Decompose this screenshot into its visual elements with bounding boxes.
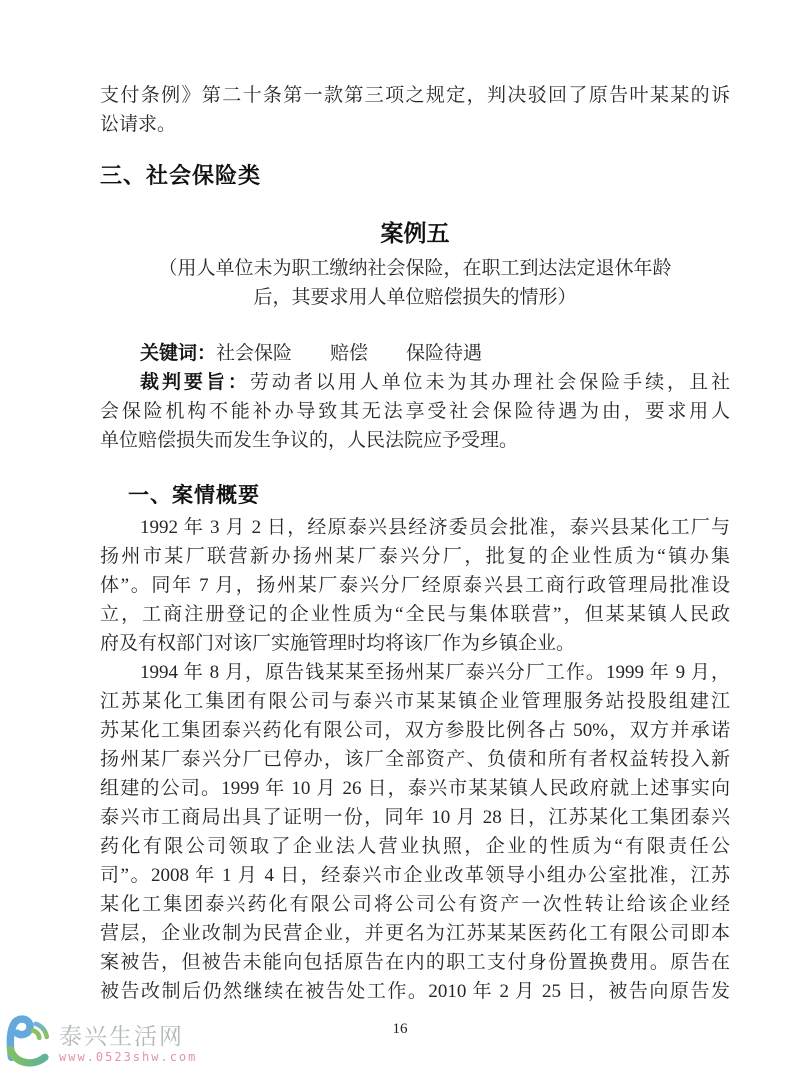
text-line: 江苏某化工集团有限公司与泰兴市某某镇企业管理服务站投股组建江 (100, 687, 730, 716)
text-line: 泰兴市工商局出具了证明一份，同年 10 月 28 日，江苏某化工集团泰兴 (100, 803, 730, 832)
text-line: 组建的公司。1999 年 10 月 26 日，泰兴市某某镇人民政府就上述事实向 (100, 774, 730, 803)
text-line: 营层，企业改制为民营企业，并更名为江苏某某医药化工有限公司即本 (100, 919, 730, 948)
text-line: 府及有权部门对该厂实施管理时均将该厂作为乡镇企业。 (100, 629, 730, 658)
facts-paragraph-2: 1994 年 8 月，原告钱某某至扬州某厂泰兴分厂工作。1999 年 9 月， … (100, 658, 730, 1006)
keywords-and-holding: 关键词：社会保险 赔偿 保险待遇 裁判要旨：劳动者以用人单位未为其办理社会保险手… (100, 339, 730, 455)
text-line: 苏某化工集团泰兴药化有限公司，双方参股比例各占 50%，双方并承诺 (100, 716, 730, 745)
text-line: 后，其要求用人单位赔偿损失的情形） (100, 283, 730, 312)
text-line: 扬州市某厂联营新办扬州某厂泰兴分厂，批复的企业性质为“镇办集 (100, 542, 730, 571)
text-line: 体”。同年 7 月，扬州某厂泰兴分厂经原泰兴县工商行政管理局批准设 (100, 571, 730, 600)
facts-heading: 一、案情概要 (100, 481, 730, 511)
text-line: 司”。2008 年 1 月 4 日，经泰兴市企业改革领导小组办公室批准，江苏 (100, 861, 730, 890)
text-line: 扬州某厂泰兴分厂已停办，该厂全部资产、负债和所有者权益转投入新 (100, 745, 730, 774)
keywords-value: 社会保险 赔偿 保险待遇 (216, 343, 482, 364)
text-line: 立，工商注册登记的企业性质为“全民与集体联营”，但某某镇人民政 (100, 600, 730, 629)
keywords-line: 关键词：社会保险 赔偿 保险待遇 (100, 339, 730, 368)
holding-line: 裁判要旨：劳动者以用人单位未为其办理社会保险手续，且社 (100, 368, 730, 397)
text-line: 被告改制后仍然继续在被告处工作。2010 年 2 月 25 日，被告向原告发 (100, 977, 730, 1006)
continuation-paragraph: 支付条例》第二十条第一款第三项之规定，判决驳回了原告叶某某的诉 讼请求。 (100, 81, 730, 139)
text-line: 支付条例》第二十条第一款第三项之规定，判决驳回了原告叶某某的诉 (100, 81, 730, 110)
facts-paragraph-1: 1992 年 3 月 2 日，经原泰兴县经济委员会批准，泰兴县某化工厂与 扬州市… (100, 513, 730, 658)
text-line: 药化有限公司领取了企业法人营业执照，企业的性质为“有限责任公 (100, 832, 730, 861)
text-line: 会保险机构不能补办导致其无法享受社会保险待遇为由，要求用人 (100, 397, 730, 426)
site-name: 泰兴生活网 (59, 1025, 197, 1048)
text-line: 讼请求。 (100, 110, 730, 139)
text-line: 案被告，但被告未能向包括原告在内的职工支付身份置换费用。原告在 (100, 948, 730, 977)
document-page: 支付条例》第二十条第一款第三项之规定，判决驳回了原告叶某某的诉 讼请求。 三、社… (0, 0, 800, 1077)
keywords-label: 关键词： (140, 343, 216, 364)
case-title: 案例五 (100, 218, 730, 249)
watermark-text: 泰兴生活网 www.0523shw.com (59, 1025, 197, 1063)
site-url: www.0523shw.com (59, 1051, 197, 1063)
case-subtitle: （用人单位未为职工缴纳社会保险，在职工到达法定退休年龄 后，其要求用人单位赔偿损… (100, 254, 730, 312)
holding-label: 裁判要旨： (140, 372, 250, 393)
text-line: 1994 年 8 月，原告钱某某至扬州某厂泰兴分厂工作。1999 年 9 月， (100, 658, 730, 687)
text-line: （用人单位未为职工缴纳社会保险，在职工到达法定退休年龄 (100, 254, 730, 283)
text-line: 单位赔偿损失而发生争议的，人民法院应予受理。 (100, 426, 730, 455)
section-heading-social-insurance: 三、社会保险类 (100, 161, 730, 191)
page-content: 支付条例》第二十条第一款第三项之规定，判决驳回了原告叶某某的诉 讼请求。 三、社… (100, 0, 730, 1006)
holding-text: 劳动者以用人单位未为其办理社会保险手续，且社 (250, 372, 730, 393)
watermark: 泰兴生活网 www.0523shw.com (4, 1014, 197, 1074)
text-line: 某化工集团泰兴药化有限公司将公司公有资产一次性转让给该企业经 (100, 890, 730, 919)
text-line: 1992 年 3 月 2 日，经原泰兴县经济委员会批准，泰兴县某化工厂与 (100, 513, 730, 542)
site-logo-icon (4, 1014, 56, 1074)
